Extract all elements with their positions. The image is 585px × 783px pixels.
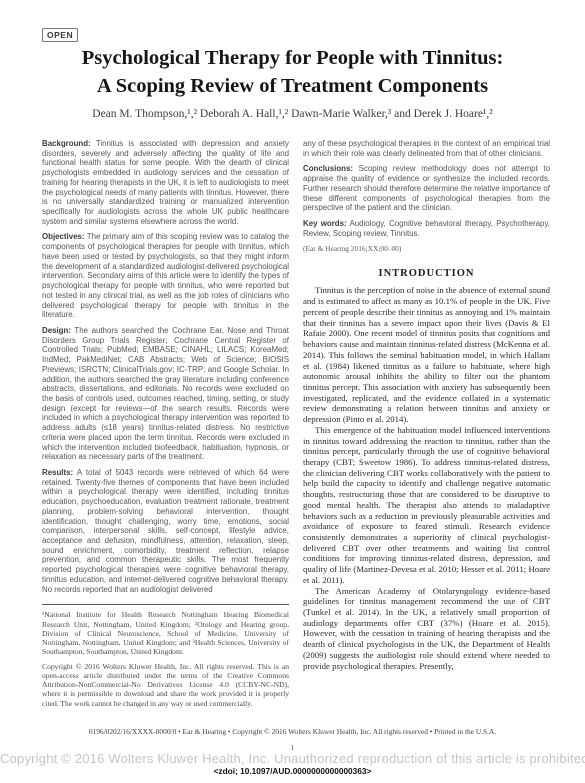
doi-line: <zdoi; 10.1097/AUD.0000000000000363> <box>0 766 585 776</box>
abstract-design-text: The authors searched the Cochrane Ear, N… <box>42 326 289 461</box>
journal-footer-line: 0196/0202/16/XXXX-0000/0 • Ear & Hearing… <box>0 727 585 736</box>
abstract-results-paragraph: Results: A total of 5043 records were re… <box>42 468 289 594</box>
intro-paragraph-2: This emergence of the habituation model … <box>303 425 550 586</box>
copyright-watermark: Copyright © 2016 Wolters Kluwer Health, … <box>0 751 585 766</box>
abstract-design-label: Design: <box>42 326 71 335</box>
two-column-layout: Background: Tinnitus is associated with … <box>42 139 550 717</box>
article-title-line2: A Scoping Review of Treatment Components <box>40 72 545 100</box>
article-title: Psychological Therapy for People with Ti… <box>40 44 545 101</box>
abstract-conclusions-label: Conclusions: <box>303 164 353 173</box>
left-column: Background: Tinnitus is associated with … <box>42 139 289 717</box>
abstract-keywords-label: Key words: <box>303 219 347 228</box>
footnote-divider <box>42 604 289 605</box>
abstract-results-text: A total of 5043 records were retrieved o… <box>42 468 289 594</box>
article-title-line1: Psychological Therapy for People with Ti… <box>40 44 545 72</box>
abstract-conclusions-paragraph: Conclusions: Scoping review methodology … <box>303 164 550 213</box>
journal-citation: (Ear & Hearing 2016;XX;00–00) <box>303 244 550 253</box>
journal-article-page: OPEN Psychological Therapy for People wi… <box>0 0 585 783</box>
abstract-background-text: Tinnitus is associated with depression a… <box>42 139 289 226</box>
right-column: any of these psychological therapies in … <box>303 139 550 717</box>
abstract-background-paragraph: Background: Tinnitus is associated with … <box>42 139 289 226</box>
abstract-results-label: Results: <box>42 468 73 477</box>
copyright-notice: Copyright © 2016 Wolters Kluwer Health, … <box>42 662 289 708</box>
abstract-objectives-paragraph: Objectives: The primary aim of this scop… <box>42 232 289 319</box>
introduction-heading: INTRODUCTION <box>303 268 550 279</box>
author-byline: Dean M. Thompson,¹,² Deborah A. Hall,¹,²… <box>30 108 555 120</box>
abstract-design-paragraph: Design: The authors searched the Cochran… <box>42 326 289 462</box>
abstract-keywords-paragraph: Key words: Audiology, Cognitive behavior… <box>303 219 550 238</box>
abstract-continuation-text: any of these psychological therapies in … <box>303 139 550 158</box>
abstract-objectives-label: Objectives: <box>42 232 85 241</box>
abstract-objectives-text: The primary aim of this scoping review w… <box>42 232 289 319</box>
intro-paragraph-1: Tinnitus is the perception of noise in t… <box>303 285 550 424</box>
open-access-badge: OPEN <box>42 28 78 42</box>
abstract-background-label: Background: <box>42 139 91 148</box>
affiliations-footnote: ¹National Institute for Health Research … <box>42 610 289 656</box>
intro-paragraph-3: The American Academy of Otolaryngology e… <box>303 586 550 672</box>
